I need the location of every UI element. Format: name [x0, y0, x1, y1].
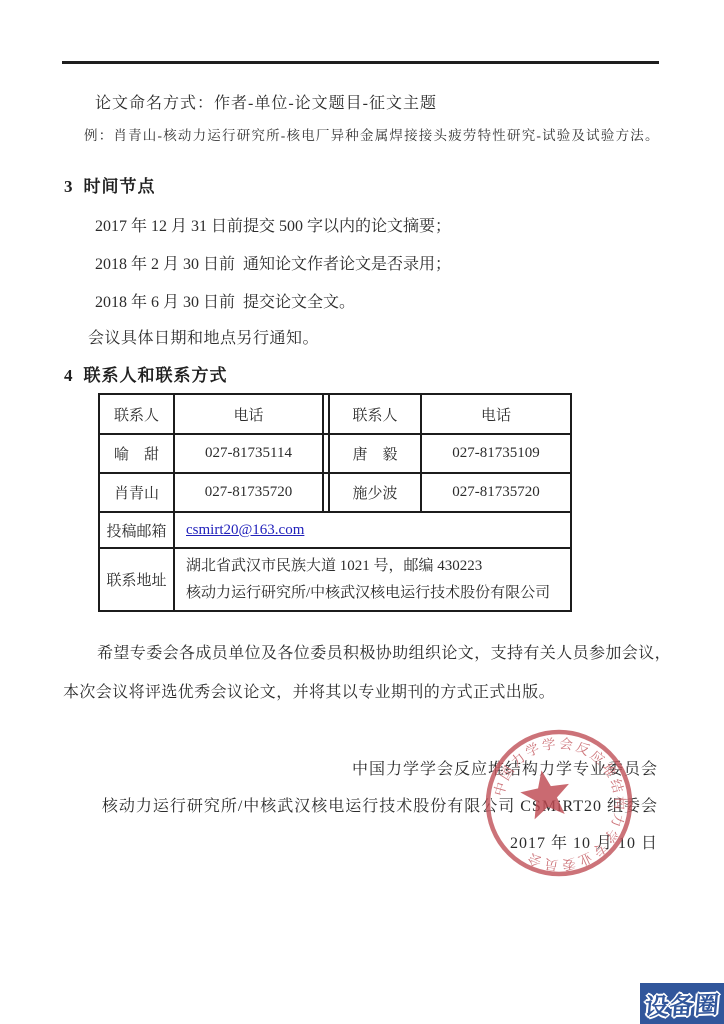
- contact-name: 喻 甜: [99, 434, 174, 473]
- paper-naming-example: 例：肖青山-核动力运行研究所-核电厂异种金属焊接接头疲劳特性研究-试验及试验方法…: [84, 128, 660, 145]
- milestone-date: 2018 年 6 月 30 日前: [95, 293, 243, 313]
- milestone-row: 2018 年 2 月 30 日前 通知论文作者论文是否录用；: [95, 255, 451, 275]
- signature-org-2: 核动力运行研究所/中核武汉核电运行技术股份有限公司 CSMiRT20 组委会: [102, 797, 658, 817]
- address-line-2: 核动力运行研究所/中核武汉核电运行技术股份有限公司: [186, 580, 570, 607]
- contact-name: 施少波: [329, 473, 421, 512]
- header-divider: [62, 61, 659, 64]
- milestone-desc: 提交论文全文。: [243, 293, 355, 313]
- section-3-heading: 3时间节点: [64, 176, 156, 197]
- contact-phone: 027-81735109: [421, 434, 571, 473]
- contact-name: 唐 毅: [329, 434, 421, 473]
- section-4-number: 4: [64, 366, 74, 385]
- milestone-date: 2018 年 2 月 30 日前: [95, 255, 243, 275]
- contact-phone: 027-81735720: [174, 473, 323, 512]
- section-4-title: 联系人和联系方式: [84, 366, 228, 385]
- col-header-phone-1: 电话: [174, 394, 323, 434]
- signature-date: 2017 年 10 月 10 日: [510, 834, 658, 854]
- contacts-table: 联系人 电话 联系人 电话 喻 甜 027-81735114 唐 毅 027-8…: [98, 393, 572, 612]
- milestone-row: 2017 年 12 月 31 日前 提交 500 字以内的论文摘要；: [95, 217, 451, 237]
- table-row-address: 联系地址 湖北省武汉市民族大道 1021 号，邮编 430223 核动力运行研究…: [99, 548, 571, 611]
- brand-watermark: 设备圈: [640, 983, 724, 1024]
- contact-name: 肖青山: [99, 473, 174, 512]
- brand-watermark-label: 设备圈: [643, 985, 721, 1023]
- milestone-desc: 通知论文作者论文是否录用；: [243, 255, 451, 275]
- table-header-row: 联系人 电话 联系人 电话: [99, 394, 571, 434]
- address-line-1: 湖北省武汉市民族大道 1021 号，邮编 430223: [186, 553, 570, 580]
- table-row-email: 投稿邮箱 csmirt20@163.com: [99, 512, 571, 548]
- milestone-desc: 提交 500 字以内的论文摘要；: [243, 217, 451, 237]
- document-page: 论文命名方式：作者-单位-论文题目-征文主题 例：肖青山-核动力运行研究所-核电…: [0, 0, 724, 1024]
- contact-phone: 027-81735720: [421, 473, 571, 512]
- paper-naming-rule: 论文命名方式：作者-单位-论文题目-征文主题: [95, 94, 437, 114]
- milestone-row: 2018 年 6 月 30 日前 提交论文全文。: [95, 293, 355, 313]
- table-row: 喻 甜 027-81735114 唐 毅 027-81735109: [99, 434, 571, 473]
- contact-phone: 027-81735114: [174, 434, 323, 473]
- closing-paragraph-line-2: 本次会议将评选优秀会议论文，并将其以专业期刊的方式正式出版。: [63, 683, 555, 703]
- closing-paragraph-line-1: 希望专委会各成员单位及各位委员积极协助组织论文，支持有关人员参加会议，: [97, 644, 671, 664]
- table-row: 肖青山 027-81735720 施少波 027-81735720: [99, 473, 571, 512]
- section-4-heading: 4联系人和联系方式: [64, 365, 228, 386]
- col-header-phone-2: 电话: [421, 394, 571, 434]
- schedule-note: 会议具体日期和地点另行通知。: [88, 329, 319, 349]
- section-3-number: 3: [64, 177, 74, 196]
- milestone-date: 2017 年 12 月 31 日前: [95, 217, 243, 237]
- email-label: 投稿邮箱: [99, 512, 174, 548]
- signature-org-1: 中国力学学会反应堆结构力学专业委员会: [352, 760, 658, 780]
- col-header-contact-2: 联系人: [329, 394, 421, 434]
- address-label: 联系地址: [99, 548, 174, 611]
- section-3-title: 时间节点: [84, 177, 156, 196]
- col-header-contact-1: 联系人: [99, 394, 174, 434]
- submission-email-link[interactable]: csmirt20@163.com: [186, 522, 304, 538]
